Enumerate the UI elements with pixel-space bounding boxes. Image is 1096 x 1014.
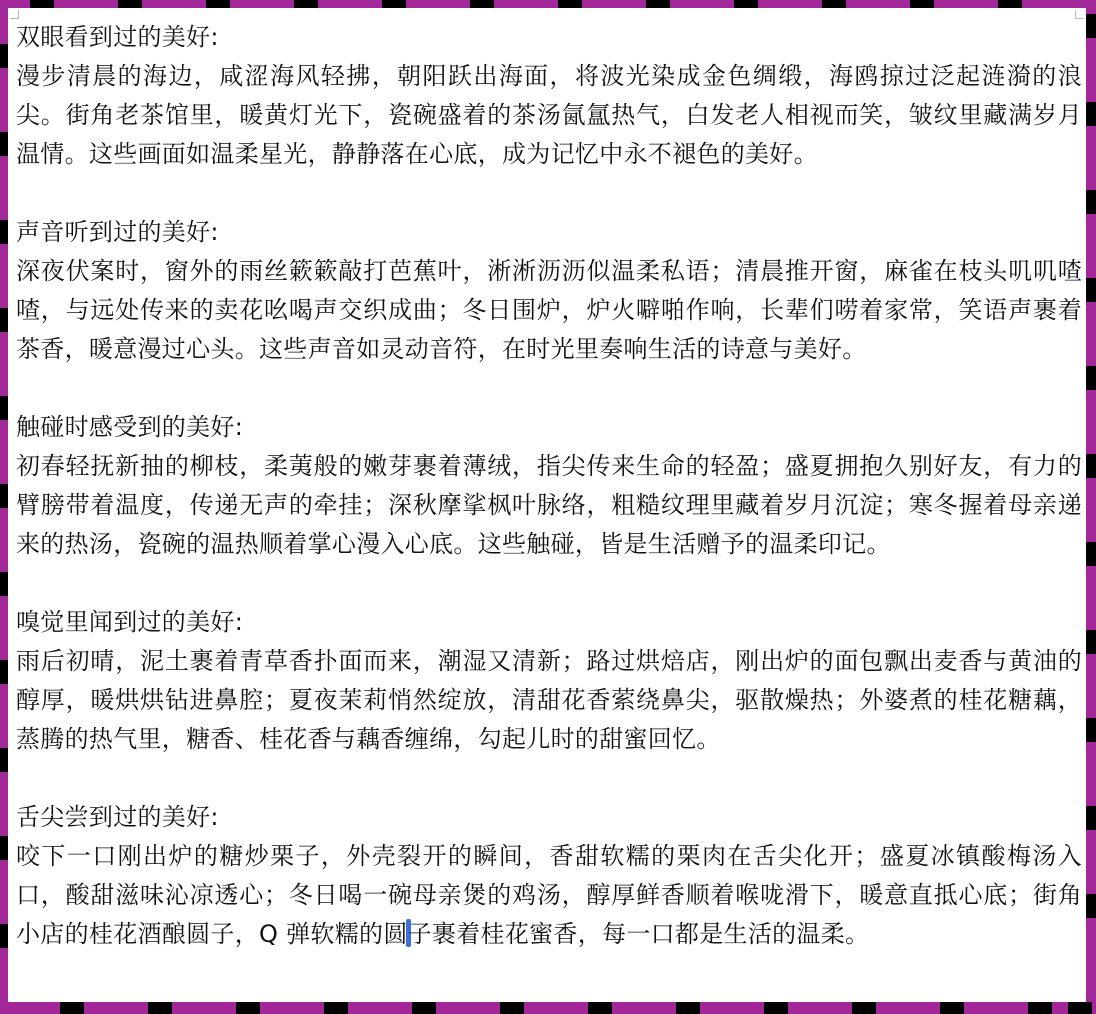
section-paragraph: 雨后初晴，泥土裹着青草香扑面而来，潮湿又清新；路过烘焙店，刚出炉的面包飘出麦香与… bbox=[16, 642, 1082, 759]
border-bottom bbox=[0, 1002, 1096, 1014]
border-right bbox=[1086, 0, 1096, 1014]
section-heading: 触碰时感受到的美好: bbox=[16, 408, 1082, 447]
section-paragraph: 深夜伏案时，窗外的雨丝簌簌敲打芭蕉叶，淅淅沥沥似温柔私语；清晨推开窗，麻雀在枝头… bbox=[16, 252, 1082, 369]
document-page[interactable]: 双眼看到过的美好: 漫步清晨的海边，咸涩海风轻拂，朝阳跃出海面，将波光染成金色绸… bbox=[8, 8, 1086, 1002]
section-paragraph: 漫步清晨的海边，咸涩海风轻拂，朝阳跃出海面，将波光染成金色绸缎，海鸥掠过泛起涟漪… bbox=[16, 57, 1082, 174]
section-heading: 嗅觉里闻到过的美好: bbox=[16, 603, 1082, 642]
section-smell: 嗅觉里闻到过的美好: 雨后初晴，泥土裹着青草香扑面而来，潮湿又清新；路过烘焙店，… bbox=[16, 603, 1082, 759]
section-heading: 舌尖尝到过的美好: bbox=[16, 798, 1082, 837]
section-heading: 双眼看到过的美好: bbox=[16, 18, 1082, 57]
document-body[interactable]: 双眼看到过的美好: 漫步清晨的海边，咸涩海风轻拂，朝阳跃出海面，将波光染成金色绸… bbox=[16, 18, 1082, 993]
section-taste: 舌尖尝到过的美好: 咬下一口刚出炉的糖炒栗子，外壳裂开的瞬间，香甜软糯的栗肉在舌… bbox=[16, 798, 1082, 954]
border-top bbox=[0, 0, 1096, 8]
paragraph-text-after-cursor: 子裹着桂花蜜香，每一口都是生活的温柔。 bbox=[408, 920, 870, 948]
section-sight: 双眼看到过的美好: 漫步清晨的海边，咸涩海风轻拂，朝阳跃出海面，将波光染成金色绸… bbox=[16, 18, 1082, 174]
section-heading: 声音听到过的美好: bbox=[16, 213, 1082, 252]
section-paragraph: 初春轻抚新抽的柳枝，柔荑般的嫩芽裹着薄绒，指尖传来生命的轻盈；盛夏拥抱久别好友，… bbox=[16, 447, 1082, 564]
section-sound: 声音听到过的美好: 深夜伏案时，窗外的雨丝簌簌敲打芭蕉叶，淅淅沥沥似温柔私语；清… bbox=[16, 213, 1082, 369]
section-touch: 触碰时感受到的美好: 初春轻抚新抽的柳枝，柔荑般的嫩芽裹着薄绒，指尖传来生命的轻… bbox=[16, 408, 1082, 564]
section-paragraph: 咬下一口刚出炉的糖炒栗子，外壳裂开的瞬间，香甜软糯的栗肉在舌尖化开；盛夏冰镇酸梅… bbox=[16, 837, 1082, 954]
